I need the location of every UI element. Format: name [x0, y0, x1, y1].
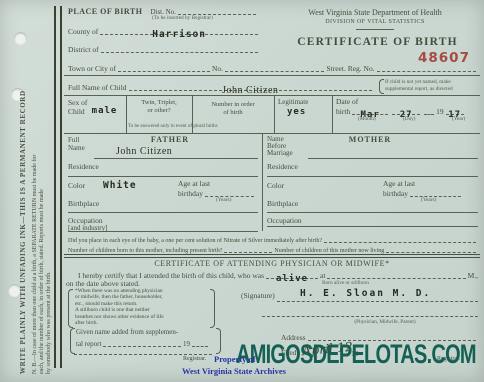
given-name-note-2: tal report [76, 340, 101, 348]
mother-age-label-2: birthday [383, 189, 408, 198]
divider [64, 133, 480, 134]
certificate-number-stamp: 48607 [418, 50, 470, 66]
born-alive-caption: Born alive or stillborn [322, 280, 369, 286]
registrar-left-caption: Registrar. [183, 356, 206, 362]
place-of-birth-label: PLACE OF BIRTH [68, 7, 142, 16]
grid-divider [274, 95, 275, 133]
legitimate-value: yes [287, 107, 306, 117]
mother-residence-label: Residence [267, 162, 298, 171]
nitrate-blank [324, 235, 476, 243]
father-name-line [94, 158, 258, 159]
grid-divider [332, 95, 333, 133]
order-label-1: Number in order [193, 101, 273, 108]
certificate-title: CERTIFICATE OF BIRTH [290, 36, 465, 48]
year-blank [424, 105, 434, 115]
month-field: Mar [352, 104, 388, 115]
time-blank [327, 269, 465, 279]
child-name-note2: supplemental report, as directed [385, 86, 453, 92]
father-name-value: John Citizen [116, 146, 172, 157]
registrar-left-line [74, 354, 212, 355]
physician-midwife-caption: (Physician, Midwife, Parent) [300, 319, 470, 325]
left-double-rule [54, 6, 62, 368]
father-name-label-1: Full [68, 136, 79, 144]
district-blank [101, 43, 258, 53]
given-name-note-1: Given name added from supplemen- [76, 328, 178, 336]
department-title: West Virginia State Department of Health [280, 8, 470, 17]
legitimate-label: Legitimate [278, 98, 308, 106]
children-count-row: Number of children born to this mother, … [68, 245, 478, 254]
division-underline [356, 29, 394, 30]
twin-label-2: or other? [127, 107, 191, 114]
mother-age-blank [410, 187, 461, 197]
signature-line [277, 301, 478, 302]
father-birthplace-label: Birthplace [68, 199, 99, 208]
month-caption: (Month) [358, 116, 376, 122]
mother-occupation-line [267, 226, 478, 227]
father-occupation-line [68, 231, 258, 232]
father-birthplace-line [68, 212, 258, 213]
given-year-blank [192, 339, 208, 347]
child-name-field: John Citizen [129, 80, 372, 91]
child-name-row: Full Name of Child John Citizen [68, 80, 374, 92]
signature-label: (Signature) [241, 291, 275, 300]
child-name-note1: If child is not yet named, make [385, 79, 451, 85]
father-color-value: White [103, 180, 137, 191]
date-row: birth Mar 27 19 17 [336, 104, 478, 116]
town-row: Town or City of No. Street. Reg. No. [68, 62, 478, 73]
archive-name: West Virginia State Archives [182, 366, 286, 376]
sex-row: Child male [68, 106, 117, 116]
order-label-2: of birth [193, 109, 273, 116]
mother-occupation-label: Occupation [267, 216, 302, 225]
parents-center-divider [262, 133, 263, 231]
father-residence-label: Residence [68, 162, 99, 171]
day-caption: (Day) [403, 116, 415, 122]
child-name-label: Full Name of Child [68, 83, 127, 92]
town-blank [118, 62, 210, 72]
footnote-bracket-left [68, 289, 73, 328]
street-reg-label: Street. Reg. No. [326, 64, 374, 73]
district-row: District of [68, 43, 260, 54]
children-born-blank [224, 245, 272, 253]
twin-note: To be answered only in event of plural b… [128, 124, 218, 129]
given-name-row: tal report 19 [76, 339, 210, 348]
birth-label: birth [336, 107, 350, 116]
punch-hole [14, 32, 27, 45]
mother-name-label-3: Marriage [267, 149, 293, 157]
dated-text: on the date above stated. [66, 279, 140, 288]
county-row: County of Harrison [68, 24, 260, 36]
sex-label-2: Child [68, 107, 85, 116]
archive-property-of: Property of [214, 354, 256, 364]
year-caption: (Year) [452, 116, 465, 122]
division-subtitle: DIVISION OF VITAL STATISTICS [280, 19, 470, 25]
nitrate-question-row: Did you place in each eye of the baby, a… [68, 235, 478, 244]
county-label: County of [68, 27, 98, 36]
dist-no-blank [178, 5, 256, 15]
father-age-label-2: birthday [178, 189, 203, 198]
given-name-bracket-left [70, 328, 75, 354]
no-label: No. [212, 64, 223, 73]
nitrate-question: Did you place in each eye of the baby, a… [68, 238, 322, 244]
father-years-caption: (Years) [216, 197, 231, 203]
year-field: 17 [446, 104, 464, 115]
physician-midwife-line [262, 316, 478, 317]
at-label: at [320, 271, 325, 280]
mother-birthplace-label: Birthplace [267, 199, 298, 208]
town-label: Town or City of [68, 64, 116, 73]
birth-certificate-scan: WRITE PLAINLY WITH UNFADING INK—THIS IS … [0, 0, 484, 382]
father-header: FATHER [100, 135, 240, 144]
father-name-label-2: Name [68, 144, 85, 152]
given-name-bracket-right [216, 328, 221, 354]
margin-instruction-bold: WRITE PLAINLY WITH UNFADING INK—THIS IS … [19, 90, 27, 374]
divider [64, 75, 480, 76]
district-label: District of [68, 45, 99, 54]
margin-note-line2: each, and the number of each, in order o… [39, 189, 45, 374]
given-name-blank [103, 339, 181, 347]
year-prefix: 19 [436, 107, 444, 116]
father-age-blank [205, 187, 254, 197]
given-19: 19 [183, 340, 190, 348]
county-field: Harrison [100, 24, 258, 35]
footnote-bracket-right [210, 289, 215, 328]
father-residence-line [68, 176, 258, 177]
sex-value: male [92, 106, 118, 116]
children-living-blank [386, 245, 476, 253]
alive-field: alive [266, 268, 318, 279]
note-bracket [379, 79, 384, 94]
mother-birthplace-line [267, 212, 478, 213]
twin-label-1: Twin, Triplet, [127, 99, 191, 106]
mother-years-caption: (Years) [421, 197, 436, 203]
section-double-rule [64, 254, 480, 258]
no-blank [225, 62, 324, 72]
mother-header: MOTHER [300, 135, 440, 144]
signature-value: H. E. Sloan M. D. [300, 288, 431, 299]
county-value: Harrison [152, 29, 206, 40]
registrar-note: (To be inserted by Registrar) [152, 15, 213, 21]
father-color-label: Color [68, 181, 85, 190]
physician-footnote: *When there was no attending physician o… [75, 288, 209, 326]
margin-note-line1: N. B.—In case of more than one child at … [32, 155, 38, 374]
day-field: 27 [392, 104, 420, 115]
margin-note-line3: by somebody who was present at the birth… [46, 271, 52, 374]
alive-value: alive [276, 274, 308, 284]
physician-section-title: CERTIFICATE OF ATTENDING PHYSICIAN OR MI… [64, 259, 480, 268]
footnote-line: after birth. [75, 320, 209, 326]
mother-color-label: Color [267, 181, 284, 190]
mother-residence-line [267, 176, 478, 177]
m-label: M., [468, 271, 478, 280]
mother-name-line [308, 158, 478, 159]
